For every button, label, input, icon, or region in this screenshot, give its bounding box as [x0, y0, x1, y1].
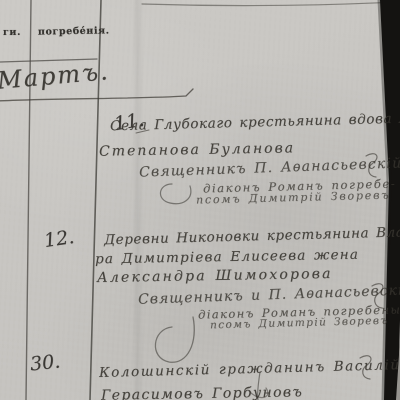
entry-30-line-2: Герасимовъ Горбуновъ — [101, 384, 303, 400]
entry-11-signature-loop — [160, 184, 190, 204]
scanned-register-page: ги. погребе́нія. Мартъ. 11. Села Глубока… — [0, 0, 400, 400]
entry-30-number: 30. — [29, 350, 61, 375]
column-rule-left — [26, 0, 31, 400]
entry-12-number: 12. — [43, 226, 76, 252]
entry-12-signature-loop — [155, 317, 194, 362]
header-left-column-fragment: ги. — [3, 27, 21, 38]
entry-11-line-2: Степанова Буланова — [99, 140, 295, 159]
top-rule — [142, 2, 398, 6]
header-burials-column-label: погребе́нія. — [38, 25, 110, 37]
